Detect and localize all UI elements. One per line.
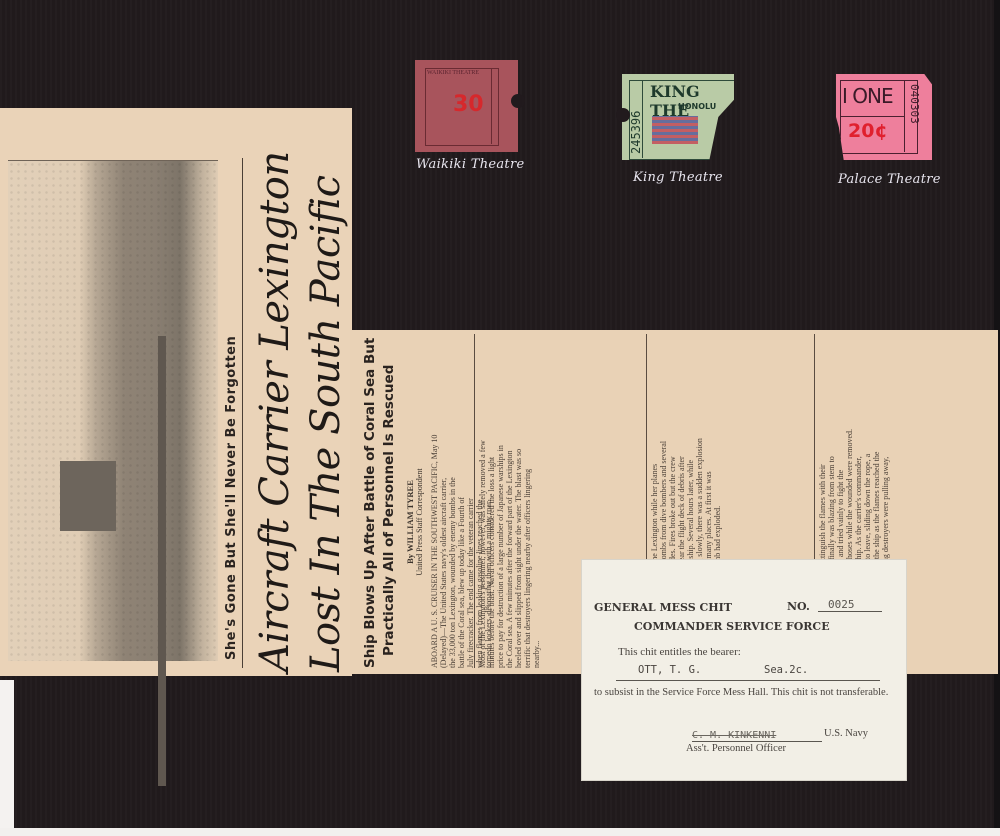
subheadline-line-1: Ship Blows Up After Battle of Coral Sea … [362,328,378,668]
carrier-deck-shape [158,336,166,786]
article-text-line: minutes before the blast. Naval officers… [487,334,496,668]
headline-line-2: Lost In The South Pacific [303,152,349,672]
subheadline-line-2: Practically All of Personnel Is Rescued [381,316,397,668]
chit-title: GENERAL MESS CHIT [594,601,732,614]
ticket-admit-one: I ONE [842,84,893,108]
signature-title: Ass't. Personnel Officer [686,743,786,754]
ticket-serial: 040303 [908,84,921,124]
bearer-name: OTT, T. G. [638,664,701,676]
article-text-line: (Delayed)—The United States navy's oldes… [439,432,448,668]
ticket-king-theatre: KING THE HONOLU 245396 [622,74,734,160]
ticket-waikiki-theatre: WAIKIKI THEATRE 30 [415,60,518,152]
ticket-serial: 245396 [629,111,643,154]
ticket-divider [840,116,904,117]
carrier-island-shape [60,461,116,531]
article-text-line: the 33,000 ton Lexington, wounded by ene… [448,432,457,668]
ticket-notch [511,94,525,108]
article-text-line: terrific that destroyers lingering nearb… [523,334,532,668]
article-text-line: nearby... [532,334,541,668]
ticket-header: WAIKIKI THEATRE [427,70,479,76]
ticket-notch [616,108,630,122]
article-text-line: ABOARD A U. S. CRUISER IN THE SOUTHWEST … [430,432,439,668]
ticket-title: KING THE [650,82,734,120]
album-page: She's Gone But She'll Never Be Forgotten… [0,0,1000,836]
ticket-price: 30 [453,92,484,117]
chit-number-label: NO. [787,600,810,613]
article-text-line: heeled over and slipped from sight under… [514,334,523,668]
ticket-city: HONOLU [678,102,716,111]
ticket-price: 20¢ [848,120,888,142]
general-mess-chit-card: GENERAL MESS CHIT NO. 0025 COMMANDER SER… [582,560,906,780]
chit-number: 0025 [818,598,882,612]
caption-king-theatre: King Theatre [633,170,723,185]
ticket-palace-theatre: I ONE 20¢ 040303 [836,74,932,160]
photo-caption-kicker: She's Gone But She'll Never Be Forgotten [224,160,239,660]
column-rule [242,158,243,668]
caption-waikiki-theatre: Waikiki Theatre [416,157,524,172]
bearer-rate: Sea.2c. [764,664,808,676]
chit-subtitle: COMMANDER SERVICE FORCE [634,620,830,633]
chit-body-text: to subsist in the Service Force Mess Hal… [594,686,894,700]
article-text-line: battle of the Coral sea, blew up today l… [457,432,466,668]
ticket-stamp [652,116,698,144]
officer-signature: C. M. KINKENNI [692,730,822,742]
byline: By WILLIAM TYREE [405,422,415,622]
page-edge [0,828,1000,836]
aircraft-carrier-photo [8,160,218,661]
article-text-line: price to pay for destruction of a large … [496,334,505,668]
ticket-stub [491,68,506,144]
chit-entitles-text: This chit entitles the bearer: [618,646,741,658]
ticket-stub-line [904,80,905,152]
signature-suffix: U.S. Navy [824,728,868,739]
page-edge [0,680,14,830]
caption-palace-theatre: Palace Theatre [838,172,941,187]
article-text-line: Most of the Lexington's personnel, howev… [478,334,487,668]
byline-affiliation: United Press Staff Correspondent [415,422,424,622]
headline-line-1: Aircraft Carrier Lexington [252,152,298,672]
article-text-line: the Coral sea. A few minutes after the f… [505,334,514,668]
column-separator [474,334,475,668]
